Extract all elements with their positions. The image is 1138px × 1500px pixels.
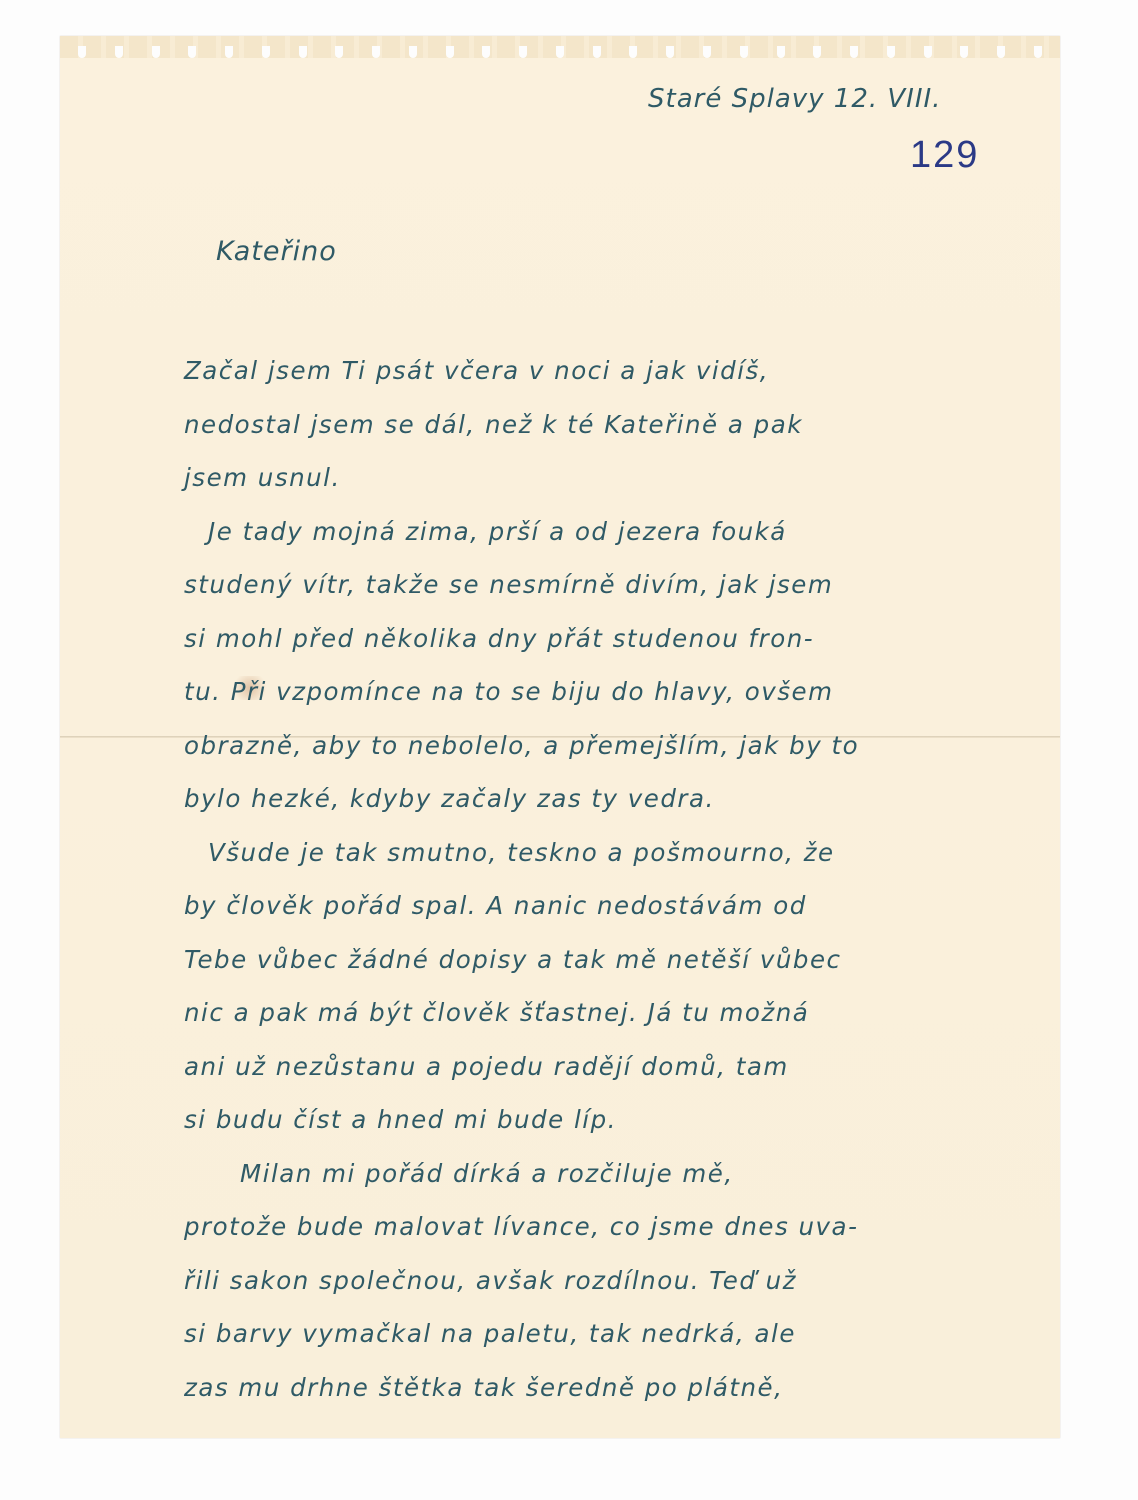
body-line: nic a pak má být člověk šťastnej. Já tu … (184, 986, 1044, 1040)
body-line: Je tady mojná zima, prší a od jezera fou… (184, 505, 1044, 559)
body-line: obrazně, aby to nebolelo, a přemejšlím, … (184, 719, 1044, 773)
body-line: nedostal jsem se dál, než k té Kateřině … (184, 398, 1044, 452)
body-line: Tebe vůbec žádné dopisy a tak mě netěší … (184, 933, 1044, 987)
body-line: Začal jsem Ti psát včera v noci a jak vi… (184, 344, 1044, 398)
body-line: by člověk pořád spal. A nanic nedostávám… (184, 879, 1044, 933)
body-line: bylo hezké, kdyby začaly zas ty vedra. (184, 772, 1044, 826)
body-line: řili sakon společnou, avšak rozdílnou. T… (184, 1254, 1044, 1308)
body-line: zas mu drhne štětka tak šeredně po plátn… (184, 1361, 1044, 1415)
body-line: jsem usnul. (184, 451, 1044, 505)
body-line: protože bude malovat lívance, co jsme dn… (184, 1200, 1044, 1254)
body-line: studený vítr, takže se nesmírně divím, j… (184, 558, 1044, 612)
body-line: si mohl před několika dny přát studenou … (184, 612, 1044, 666)
body-line: Milan mi pořád dírká a rozčiluje mě, (184, 1147, 1044, 1201)
body-line: ani už nezůstanu a pojedu radějí domů, t… (184, 1040, 1044, 1094)
body-line: si budu číst a hned mi bude líp. (184, 1093, 1044, 1147)
archive-number: 129 (910, 134, 979, 177)
body-line: Všude je tak smutno, teskno a pošmourno,… (184, 826, 1044, 880)
body-line: si barvy vymačkal na paletu, tak nedrká,… (184, 1307, 1044, 1361)
letter-body: Začal jsem Ti psát včera v noci a jak vi… (184, 344, 1044, 1414)
salutation: Kateřino (216, 236, 337, 267)
body-line: tu. Při vzpomínce na to se biju do hlavy… (184, 665, 1044, 719)
spiral-perforation-holes (60, 32, 1060, 58)
place-date: Staré Splavy 12. VIII. (648, 84, 941, 114)
letter-page: Staré Splavy 12. VIII. 129 Kateřino Zača… (60, 36, 1060, 1438)
